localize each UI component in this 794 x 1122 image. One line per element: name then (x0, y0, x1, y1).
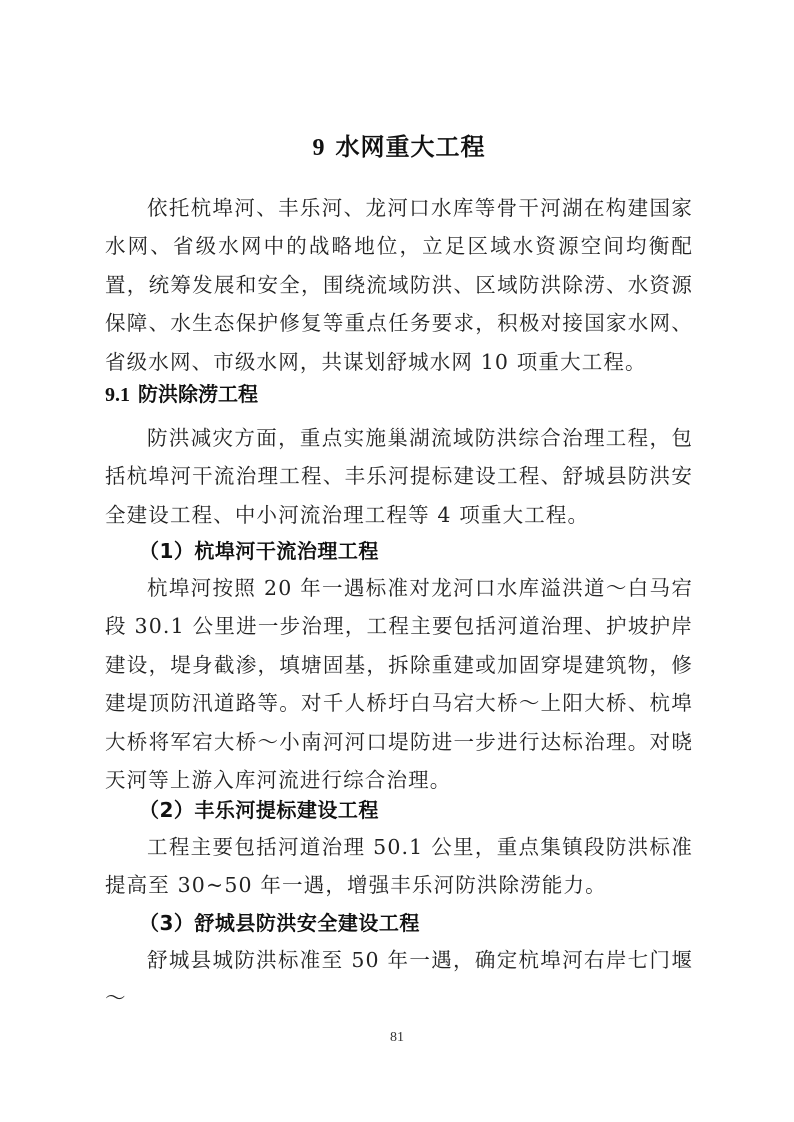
subsection-paragraph: 舒城县城防洪标准至 50 年一遇，确定杭埠河右岸七门堰～ (105, 941, 693, 1018)
section-intro-paragraph: 防洪减灾方面，重点实施巢湖流域防洪综合治理工程，包括杭埠河干流治理工程、丰乐河提… (105, 419, 693, 534)
chapter-title-text: 水网重大工程 (336, 133, 486, 161)
section-heading: 9.1防洪除涝工程 (105, 377, 693, 412)
subsection-3: （3）舒城县防洪安全建设工程 舒城县城防洪标准至 50 年一遇，确定杭埠河右岸七… (105, 905, 693, 1018)
chapter-intro: 依托杭埠河、丰乐河、龙河口水库等骨干河湖在构建国家水网、省级水网中的战略地位，立… (105, 189, 693, 381)
subsection-title: （2）丰乐河提标建设工程 (105, 792, 693, 828)
section-title: 9.1防洪除涝工程 (105, 377, 693, 412)
subsection-paragraph: 杭埠河按照 20 年一遇标准对龙河口水库溢洪道～白马宕段 30.1 公里进一步治… (105, 569, 693, 799)
subsection-paragraph: 工程主要包括河道治理 50.1 公里，重点集镇段防洪标准提高至 30~50 年一… (105, 828, 693, 905)
chapter-number: 9 (313, 135, 326, 161)
page-number: 81 (0, 1030, 794, 1046)
subsection-2: （2）丰乐河提标建设工程 工程主要包括河道治理 50.1 公里，重点集镇段防洪标… (105, 792, 693, 905)
section-title-text: 防洪除涝工程 (138, 382, 258, 406)
subsection-title: （1）杭埠河干流治理工程 (105, 533, 693, 569)
subsection-1: （1）杭埠河干流治理工程 杭埠河按照 20 年一遇标准对龙河口水库溢洪道～白马宕… (105, 533, 693, 799)
subsection-title: （3）舒城县防洪安全建设工程 (105, 905, 693, 941)
section-number: 9.1 (105, 384, 130, 406)
chapter-title: 9水网重大工程 (105, 130, 693, 165)
intro-paragraph: 依托杭埠河、丰乐河、龙河口水库等骨干河湖在构建国家水网、省级水网中的战略地位，立… (105, 189, 693, 381)
section-intro: 防洪减灾方面，重点实施巢湖流域防洪综合治理工程，包括杭埠河干流治理工程、丰乐河提… (105, 419, 693, 534)
